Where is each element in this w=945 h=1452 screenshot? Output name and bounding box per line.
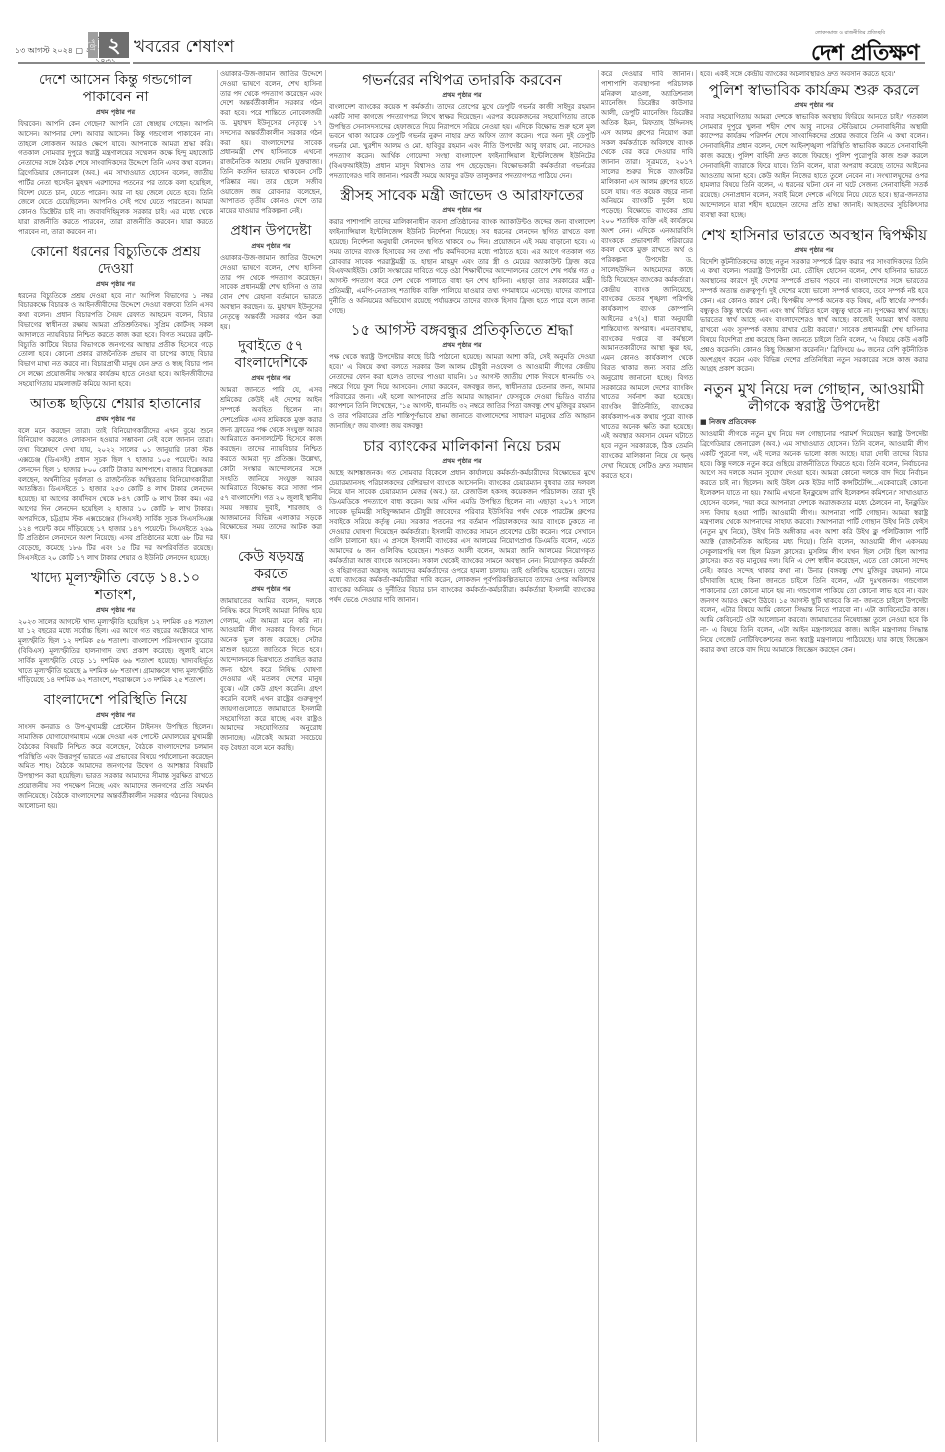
article-waker-cont: ওয়াকার-উজ-জামান জাতির উদ্দেশে দেওয়া ভা… — [220, 70, 322, 217]
rule-divider — [18, 62, 130, 64]
headline: পুলিশ স্বাভাবিক কার্যক্রম শুরু করলে — [700, 82, 928, 99]
continued-label: প্রথম পৃষ্ঠার পর — [329, 340, 595, 351]
continued-label: প্রথম পৃষ্ঠার পর — [700, 245, 928, 256]
continued-label: প্রথম পৃষ্ঠার পর — [18, 605, 213, 616]
article-governor: গভর্নরের নথিপত্র তদারকি করবেন প্রথম পৃষ্… — [329, 72, 595, 181]
article-body: বিদেশি কূটনীতিকদের কাছে নতুন সরকার সম্পর… — [700, 258, 928, 376]
article-share: আতঙ্ক ছড়িয়ে শেয়ার হাতানোর প্রথম পৃষ্ঠ… — [18, 396, 213, 564]
column-rule — [696, 70, 697, 1442]
byline: ■ নিজস্ব প্রতিবেদক — [700, 416, 928, 428]
continued-label: প্রথম পৃষ্ঠার পর — [18, 414, 213, 425]
article-body: করার পাশাপাশি তাদের মালিকানাধীন ব্যবসা প… — [329, 218, 595, 316]
article-body: সবার সহযোগিতায় আমরা দেশকে স্বাভাবিক অবস… — [700, 113, 928, 221]
article-bichyuti: কোনো ধরনের বিচ্যুতিকে প্রশ্রয় দেওয়া প্… — [18, 244, 213, 390]
continued-label: প্রথম পৃষ্ঠার পর — [220, 584, 322, 595]
article-body: আমরা জানতে পারি যে, এসব শ্রমিকের কেউই এই… — [220, 386, 322, 543]
column-banks-cont: করে দেওয়ার দাবি জানান। পাশাপাশি ব্যবস্থ… — [601, 70, 693, 1452]
rule-divider — [133, 62, 925, 64]
article-body: জামায়াতের আমির বলেন, দলকে নিষিদ্ধ করে দ… — [220, 597, 322, 754]
column-rule — [217, 70, 218, 1442]
masthead: মঙ্গলবার ১৩ আগস্ট ২০২৪ ▢ ২৯ শ্রাবণ ১৪৩১ … — [0, 0, 945, 55]
continued-label: প্রথম পৃষ্ঠার পর — [329, 456, 595, 467]
article-four-banks: চার ব্যাংকের মালিকানা নিয়ে চরম প্রথম পৃ… — [329, 438, 595, 606]
article-body: বাংলাদেশ ব্যাংকের কয়েক শ কর্মকর্তা। তাদ… — [329, 103, 595, 181]
continued-label: প্রথম পৃষ্ঠার পর — [18, 107, 213, 118]
continued-label: প্রথম পৃষ্ঠার পর — [329, 90, 595, 101]
article-body: করে দেওয়ার দাবি জানান। পাশাপাশি ব্যবস্থ… — [601, 70, 693, 481]
article-police: হবে। একই সঙ্গে কেন্দ্রীয় ব্যাংকের অচলাব… — [700, 70, 928, 221]
article-body: ধরনের বিচ্যুতিকে প্রশ্রয় দেওয়া হবে না।… — [18, 292, 213, 390]
headline: দুবাইতে ৫৭ বাংলাদেশিকে — [220, 338, 322, 372]
article-body: বলে মনে করছেন তারা। তাই বিনিয়োগকারীদের … — [18, 427, 213, 564]
column-left: দেশে আসেন কিন্তু গন্ডগোল পাকাবেন না প্রথ… — [18, 70, 213, 1452]
headline: নতুন মুখ নিয়ে দল গোছান, আওয়ামী লীগকে স… — [700, 381, 928, 415]
article-body: ফিরবেন। আপনি কেন গেছেন? আপনি তো স্বেচ্ছা… — [18, 120, 213, 238]
headline: শেখ হাসিনার ভারতে অবস্থান দ্বিপক্ষীয় — [700, 227, 928, 244]
continued-label: প্রথম পৃষ্ঠার পর — [18, 710, 213, 721]
headline: ১৫ আগস্ট বঙ্গবন্ধুর প্রতিকৃতিতে শ্রদ্ধা — [329, 322, 595, 339]
headline: কোনো ধরনের বিচ্যুতিকে প্রশ্রয় দেওয়া — [18, 244, 213, 278]
article-body: আছে আশঙ্কাজনক। গত সোমবার বিকেলে প্রধান ক… — [329, 469, 595, 606]
article-body: ২০২৩ সালের আগস্টে খাদ্য মূল্যস্ফীতি হয়ে… — [18, 618, 213, 687]
article-inflation: খাদ্যে মূল্যস্ফীতি বেড়ে ১৪.১০ শতাংশ, প্… — [18, 570, 213, 687]
column-rule — [325, 70, 326, 1442]
headline: গভর্নরের নথিপত্র তদারকি করবেন — [329, 72, 595, 89]
page-number: ২ — [99, 32, 129, 58]
article-body: ওয়াকার-উজ-জামান জাতির উদ্দেশে দেওয়া ভা… — [220, 254, 322, 332]
column-right: হবে। একই সঙ্গে কেন্দ্রীয় ব্যাংকের অচলাব… — [700, 70, 928, 1452]
continued-label: প্রথম পৃষ্ঠার পর — [329, 205, 595, 216]
article-body: পক্ষ থেকে স্বরাষ্ট্র উপদেষ্টার কাছে চিঠি… — [329, 353, 595, 431]
headline: খাদ্যে মূল্যস্ফীতি বেড়ে ১৪.১০ শতাংশ, — [18, 570, 213, 604]
headline: আতঙ্ক ছড়িয়ে শেয়ার হাতানোর — [18, 396, 213, 413]
headline: প্রধান উপদেষ্টা — [220, 223, 322, 240]
headline: স্ত্রীসহ সাবেক মন্ত্রী জাভেদ ও আরাফাতের — [329, 187, 595, 204]
headline: কেউ ষড়যন্ত্র করতে — [220, 549, 322, 583]
continued-label: প্রথম পৃষ্ঠার পর — [700, 100, 928, 111]
headline: চার ব্যাংকের মালিকানা নিয়ে চরম — [329, 438, 595, 455]
continued-label: প্রথম পৃষ্ঠার পর — [18, 279, 213, 290]
article-conspiracy: কেউ ষড়যন্ত্র করতে প্রথম পৃষ্ঠার পর জামা… — [220, 549, 322, 754]
continued-label: প্রথম পৃষ্ঠার পর — [220, 373, 322, 384]
column-center: গভর্নরের নথিপত্র তদারকি করবেন প্রথম পৃষ্… — [329, 70, 595, 1452]
article-dubai: দুবাইতে ৫৭ বাংলাদেশিকে প্রথম পৃষ্ঠার পর … — [220, 338, 322, 543]
article-javed-arafat: স্ত্রীসহ সাবেক মন্ত্রী জাভেদ ও আরাফাতের … — [329, 187, 595, 316]
article-body: ওয়াকার-উজ-জামান জাতির উদ্দেশে দেওয়া ভা… — [220, 70, 322, 217]
article-body: সাংসদ কনরাড ও উপ-মুখ্যমন্ত্রী প্রেস্টোন … — [18, 723, 213, 811]
article-new-faces: নতুন মুখ নিয়ে দল গোছান, আওয়ামী লীগকে স… — [700, 381, 928, 655]
article-hasina-india: শেখ হাসিনার ভারতে অবস্থান দ্বিপক্ষীয় প্… — [700, 227, 928, 376]
article-august15: ১৫ আগস্ট বঙ্গবন্ধুর প্রতিকৃতিতে শ্রদ্ধা … — [329, 322, 595, 431]
column-rule — [598, 70, 599, 1442]
article-lead: হবে। একই সঙ্গে কেন্দ্রীয় ব্যাংকের অচলাব… — [700, 70, 928, 80]
article-banks-cont: করে দেওয়ার দাবি জানান। পাশাপাশি ব্যবস্থ… — [601, 70, 693, 481]
article-body: আওয়ামী লীগকে নতুন মুখ নিয়ে দল গোছানোর … — [700, 430, 928, 655]
column-narrow: ওয়াকার-উজ-জামান জাতির উদ্দেশে দেওয়া ভা… — [220, 70, 322, 1452]
page-tag: পৃষ্ঠা — [88, 32, 98, 58]
headline: বাংলাদেশে পরিস্থিতি নিয়ে — [18, 692, 213, 709]
article-desh-asen: দেশে আসেন কিন্তু গন্ডগোল পাকাবেন না প্রথ… — [18, 72, 213, 238]
article-situation: বাংলাদেশে পরিস্থিতি নিয়ে প্রথম পৃষ্ঠার … — [18, 692, 213, 811]
continued-label: প্রথম পৃষ্ঠার পর — [220, 241, 322, 252]
article-chief-adviser: প্রধান উপদেষ্টা প্রথম পৃষ্ঠার পর ওয়াকার… — [220, 223, 322, 332]
newspaper-logo: দেশ প্রতিক্ষণ — [811, 36, 919, 73]
section-title: খবরের শেষাংশ — [134, 34, 234, 62]
headline: দেশে আসেন কিন্তু গন্ডগোল পাকাবেন না — [18, 72, 213, 106]
